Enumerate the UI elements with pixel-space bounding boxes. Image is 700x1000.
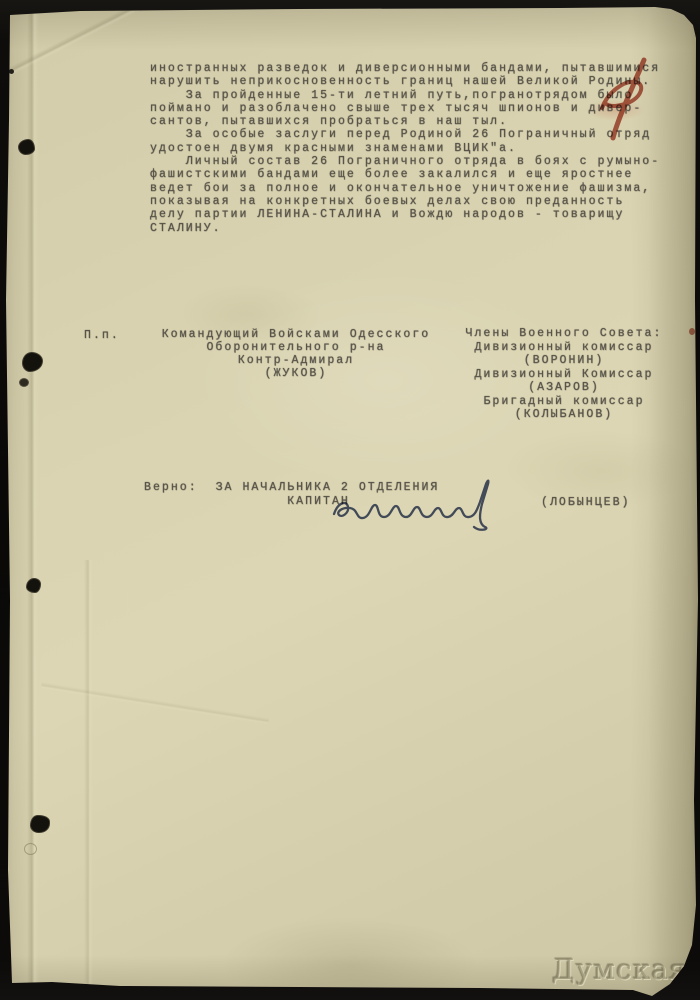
text-line: Командующий Войсками Одесского [161, 328, 431, 341]
paper-sheet: иностранных разведок и диверсионными бан… [0, 0, 700, 1000]
military-council-signature-block: Члены Военного Совета:Дивизионный комисс… [461, 327, 667, 422]
commander-signature-block: Командующий Войсками ОдесскогоОборонител… [161, 328, 431, 380]
watermark-suffix: .net [688, 964, 700, 984]
text-line: (ВОРОНИН) [461, 354, 667, 368]
paper-hole [30, 815, 50, 833]
red-pencil-dot [689, 328, 695, 335]
text-line: поймано и разоблачено свыше трех тысяч ш… [150, 102, 660, 115]
text-line: сантов, пытавшихся пробраться в наш тыл. [150, 115, 660, 128]
text-line: Дивизионный Комиссар [461, 368, 667, 382]
paper-hole [19, 378, 29, 387]
paper-crease [41, 682, 269, 725]
paper-hole [22, 352, 43, 372]
text-line: нарушить неприкосновенность границ нашей… [150, 75, 660, 88]
paper-hole [26, 578, 41, 593]
text-line: (АЗАРОВ) [461, 381, 667, 395]
document-body-text: иностранных разведок и диверсионными бан… [150, 62, 660, 235]
text-line: СТАЛИНУ. [150, 222, 660, 235]
text-line: (КОЛЫБАНОВ) [461, 408, 667, 422]
text-line: ведет бои за полное и окончательное унич… [150, 182, 660, 195]
text-line: Личный состав 26 Пограничного отряда в б… [150, 155, 660, 168]
paper-crease [27, 12, 39, 984]
text-line: За пройденные 15-ти летний путь,погранот… [150, 89, 660, 102]
text-line: Члены Военного Совета: [461, 327, 667, 341]
text-line: делу партии ЛЕНИНА-СТАЛИНА и Вождю народ… [150, 208, 660, 221]
paper-crease [0, 0, 145, 85]
handwritten-signature [320, 474, 520, 534]
text-line: Оборонительного р-на [161, 341, 431, 354]
text-line: За особые заслуги перед Родиной 26 Погра… [150, 128, 660, 141]
watermark: Думская.net [552, 953, 700, 986]
red-pencil-mark [590, 52, 660, 147]
paper-stain-ring [24, 843, 37, 855]
text-line: иностранных разведок и диверсионными бан… [150, 62, 660, 75]
paper-speck [9, 69, 14, 74]
text-line: Дивизионный комиссар [461, 341, 667, 355]
text-line: показывая на конкретных боевых делах сво… [150, 195, 660, 208]
paper-crease [84, 560, 93, 990]
text-line: (ЖУКОВ) [161, 367, 431, 380]
certifier-name: (ЛОБЫНЦЕВ) [541, 496, 631, 509]
text-line: фашистскими бандами еще более закалился … [150, 168, 660, 181]
text-line: Контр-Адмирал [161, 354, 431, 367]
watermark-text: Думская [552, 953, 688, 986]
text-line: удостоен двумя красными знаменами ВЦИК"а… [150, 142, 660, 155]
paper-hole [18, 139, 35, 155]
text-line: Бригадный комиссар [461, 395, 667, 409]
scanned-document-photo: иностранных разведок и диверсионными бан… [0, 0, 700, 1000]
pp-label: П.п. [84, 329, 120, 342]
